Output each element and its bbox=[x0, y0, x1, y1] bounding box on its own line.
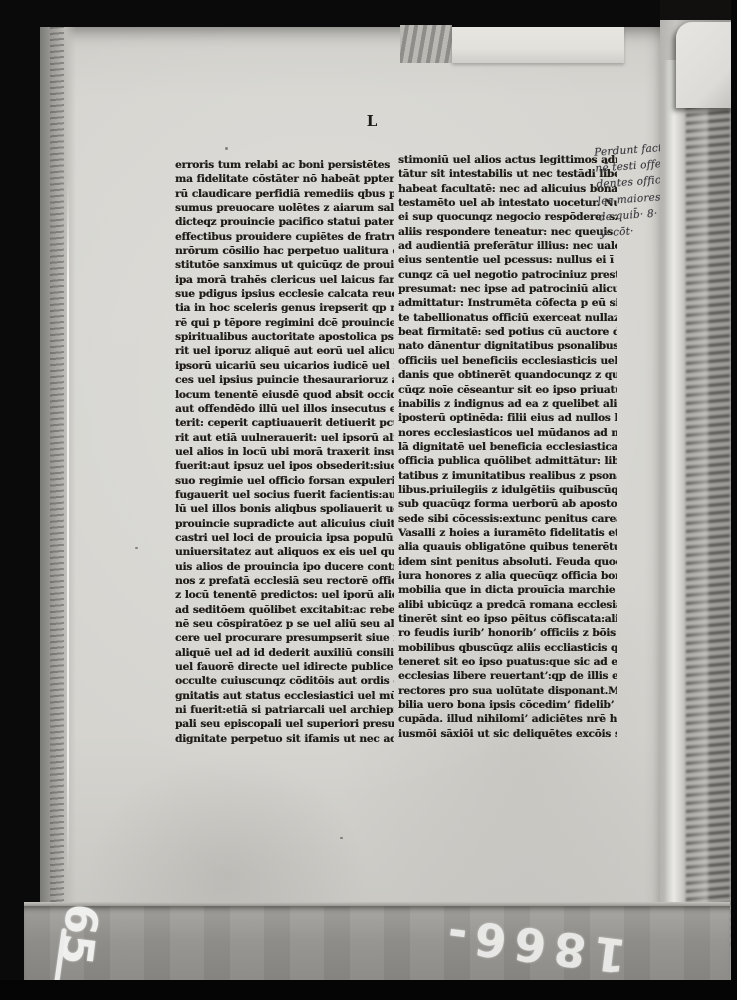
text-line: sue pdigus ipsius ecclesie calcata reuer… bbox=[175, 287, 394, 301]
text-line: aut offendēdo illū uel illos insecutus e… bbox=[175, 402, 394, 416]
text-line: ro feudis iuribʼ honoribʼ officiis z bōi… bbox=[398, 626, 617, 640]
text-line: tia in hoc sceleris genus irepserit qp r… bbox=[175, 301, 394, 315]
text-line: nē seu cōspiratōez p se uel aliū seu ali… bbox=[175, 617, 394, 631]
text-line: locum tenentē eiusdē quod absit occideri… bbox=[175, 388, 394, 402]
text-line: nrōrum cōsilio hac perpetuo ualitura con bbox=[175, 244, 394, 258]
text-line: terit: ceperit captiuauerit detiuerit pc… bbox=[175, 416, 394, 430]
paper-speck bbox=[225, 147, 228, 150]
text-line: habeat facultatē: nec ad alicuius bona e… bbox=[398, 182, 617, 196]
text-line: occulte cuiuscunqz cōditōis aut ordis di bbox=[175, 674, 394, 688]
text-line: gnitatis aut status ecclesiastici uel mū… bbox=[175, 689, 394, 703]
text-line: ipsorū uicariū seu uicarios iudicē uel i… bbox=[175, 359, 394, 373]
text-line: ei sup quocunqz negocio respōdere: sz ip… bbox=[398, 210, 617, 224]
text-line: mobilia que in dicta prouīcia marchie et bbox=[398, 583, 617, 597]
paper-speck bbox=[340, 837, 343, 839]
text-line: sede sibi cōcessis:extunc penitus carean… bbox=[398, 512, 617, 526]
text-line: rit uel iporuz aliquē aut eorū uel alicu… bbox=[175, 344, 394, 358]
binding-stitches bbox=[50, 27, 64, 911]
text-line: fugauerit uel socius fuerit facientis:au… bbox=[175, 488, 394, 502]
paper-speck bbox=[135, 547, 138, 549]
text-line: idem sint penitus absoluti. Feuda quoqz bbox=[398, 555, 617, 569]
text-line: presumat: nec ipse ad patrociniū alicuiu… bbox=[398, 282, 617, 296]
text-line: tinerēt sint eo ipso pēitus cōfiscata:al… bbox=[398, 612, 617, 626]
text-line: lū uel illos bonis aliqbus spoliauerit u… bbox=[175, 502, 394, 516]
photographed-book-page: L erroris tum relabi ac boni persistētes… bbox=[0, 0, 737, 1000]
text-line: nores ecclesiasticos uel mūdanos ad nul bbox=[398, 426, 617, 440]
text-line: admittatur: Instrumēta cōfecta p eū si f… bbox=[398, 296, 617, 310]
text-line: castri uel loci de prouicia ipsa populū … bbox=[175, 531, 394, 545]
text-line: effectibus prouidere cupiētes de fratrum bbox=[175, 230, 394, 244]
text-line: prouincie supradicte aut alicuius ciuita… bbox=[175, 517, 394, 531]
signature-mark: L bbox=[360, 112, 384, 132]
text-line: libus.priuilegiis z idulgētiis quibuscūq… bbox=[398, 483, 617, 497]
text-line: stimoniū uel alios actus legittimos admi… bbox=[398, 153, 617, 167]
text-line: spiritualibus auctoritate apostolica pse… bbox=[175, 330, 394, 344]
text-line: ad seditōem quōlibet excitabit:ac rebell… bbox=[175, 603, 394, 617]
text-line: cunqz cā uel negotio patrociniuz prestar… bbox=[398, 268, 617, 282]
binding-thread bbox=[67, 177, 69, 877]
text-line: uel fauorē directe uel idirecte publice … bbox=[175, 660, 394, 674]
text-line: rectores pro sua uolūtate disponant.Mo bbox=[398, 684, 617, 698]
text-line: testamēto uel ab intestato uocetur. Null… bbox=[398, 196, 617, 210]
text-line: iura honores z alia quecūqz officia bona bbox=[398, 569, 617, 583]
frame-right bbox=[731, 0, 737, 1000]
top-edge-block bbox=[400, 25, 452, 63]
text-line: bilia uero bona ipsis cōcedimʼ fidelibʼ … bbox=[398, 698, 617, 712]
text-line: alia quauis obligatōne quibus tenerētur bbox=[398, 540, 617, 554]
text-line: nato dānentur dignitatibus psonalibus: bbox=[398, 339, 617, 353]
text-line: teneret sit eo ipso puatus:que sic ad ea… bbox=[398, 655, 617, 669]
text-line: z locū tenentē predictos: uel iporū aliq… bbox=[175, 588, 394, 602]
text-line: uniuersitatez aut aliquos ex eis uel quo… bbox=[175, 545, 394, 559]
text-line: tātur sit intestabilis ut nec testādi li… bbox=[398, 167, 617, 181]
text-line: beat firmitatē: sed potius cū auctore da… bbox=[398, 325, 617, 339]
text-line: pali seu episcopali uel superiori presul… bbox=[175, 717, 394, 731]
text-column-left: erroris tum relabi ac boni persistētes i… bbox=[175, 158, 394, 746]
text-line: erroris tum relabi ac boni persistētes i… bbox=[175, 158, 394, 172]
text-line: ces uel ipsius puincie thesaurarioruz au… bbox=[175, 373, 394, 387]
text-line: sumus preuocare uolētes z aiarum saluti bbox=[175, 201, 394, 215]
fore-edge-blurred-text bbox=[686, 86, 730, 950]
binding-gutter bbox=[40, 27, 76, 911]
next-leaf-corner bbox=[676, 22, 734, 108]
frame-bottom bbox=[0, 980, 737, 1000]
text-line: uis alios de prouincia ipo ducere contra bbox=[175, 560, 394, 574]
text-line: ni fuerit:etiā si patriarcali uel archie… bbox=[175, 703, 394, 717]
text-column-right: stimoniū uel alios actus legittimos admi… bbox=[398, 153, 617, 741]
text-line: stitutōe sanximus ut quicūqz de prouicia bbox=[175, 258, 394, 272]
text-line: ecclesias libere reuertantʼ:qp de illis … bbox=[398, 669, 617, 683]
text-line: iusmōi sāxiōi ut sic deliquētes excōis s… bbox=[398, 727, 617, 741]
text-line: ad audientiā preferātur illius: nec uale… bbox=[398, 239, 617, 253]
text-line: nos z prefatā ecclesiā seu rectorē offic… bbox=[175, 574, 394, 588]
text-line: danis que obtinerēt quandocunqz z quo bbox=[398, 368, 617, 382]
text-line: dignitate perpetuo sit ifamis ut nec ad … bbox=[175, 732, 394, 746]
text-line: fuerit:aut ipsuz uel ipos obsederit:siue… bbox=[175, 459, 394, 473]
inventory-number-side: 65 bbox=[29, 887, 123, 981]
text-line: sub quacūqz forma uerborū ab apostolica bbox=[398, 497, 617, 511]
text-line: uel alios in locū ubi morā traxerit insu… bbox=[175, 445, 394, 459]
text-line: tatibus z imunitatibus realibus z psona bbox=[398, 469, 617, 483]
text-line: alibi ubicūqz a predcā romana ecclesia o… bbox=[398, 598, 617, 612]
text-line: ipa morā trahēs clericus uel laicus fame bbox=[175, 273, 394, 287]
text-line: officiis uel beneficiis ecclesiasticis u… bbox=[398, 354, 617, 368]
text-line: Vasalli z hoies a iuramēto fidelitatis e… bbox=[398, 526, 617, 540]
fore-edge-highlight bbox=[664, 60, 686, 960]
text-line: cūqz noīe cēseantur sit eo ipso priuatus… bbox=[398, 383, 617, 397]
text-line: lā dignitatē uel beneficia ecclesiastica… bbox=[398, 440, 617, 454]
text-line: cere uel procurare presumpserit siue ipo… bbox=[175, 631, 394, 645]
text-line: rit aut etiā uulnerauerit: uel ipsorū al… bbox=[175, 431, 394, 445]
text-line: inabilis z indignus ad ea z quelibet ali… bbox=[398, 397, 617, 411]
text-line: dicteqz prouincie pacifico statui patern… bbox=[175, 215, 394, 229]
text-line: aliquē uel ad id dederit auxiliū consili… bbox=[175, 646, 394, 660]
text-line: officia publica quōlibet admittātur: lib… bbox=[398, 454, 617, 468]
text-line: cupāda. illud nihilomiʼ adiciētes nrē hu bbox=[398, 712, 617, 726]
text-line: ma fidelitate cōstāter nō habeāt ppter i… bbox=[175, 172, 394, 186]
text-line: rē qui p tēpore regimini dcē prouincie i… bbox=[175, 316, 394, 330]
text-line: aliis respondere teneatur: nec queuis cā… bbox=[398, 225, 617, 239]
text-line: mobilibus qbuscūqz aliis eccliasticis qu… bbox=[398, 641, 617, 655]
text-line: te tabellionatus officiū exerceat nullaz… bbox=[398, 311, 617, 325]
text-line: iposterū optinēda: filii eius ad nullos … bbox=[398, 411, 617, 425]
book-fore-edge bbox=[660, 0, 737, 1000]
text-line: suo regimie uel officio forsan expulerit… bbox=[175, 474, 394, 488]
text-line: rū claudicare perfidiā remediis qbus pos bbox=[175, 187, 394, 201]
paper-tab bbox=[452, 27, 624, 63]
text-line: eius sententie uel pcessus: nullus ei ī … bbox=[398, 253, 617, 267]
